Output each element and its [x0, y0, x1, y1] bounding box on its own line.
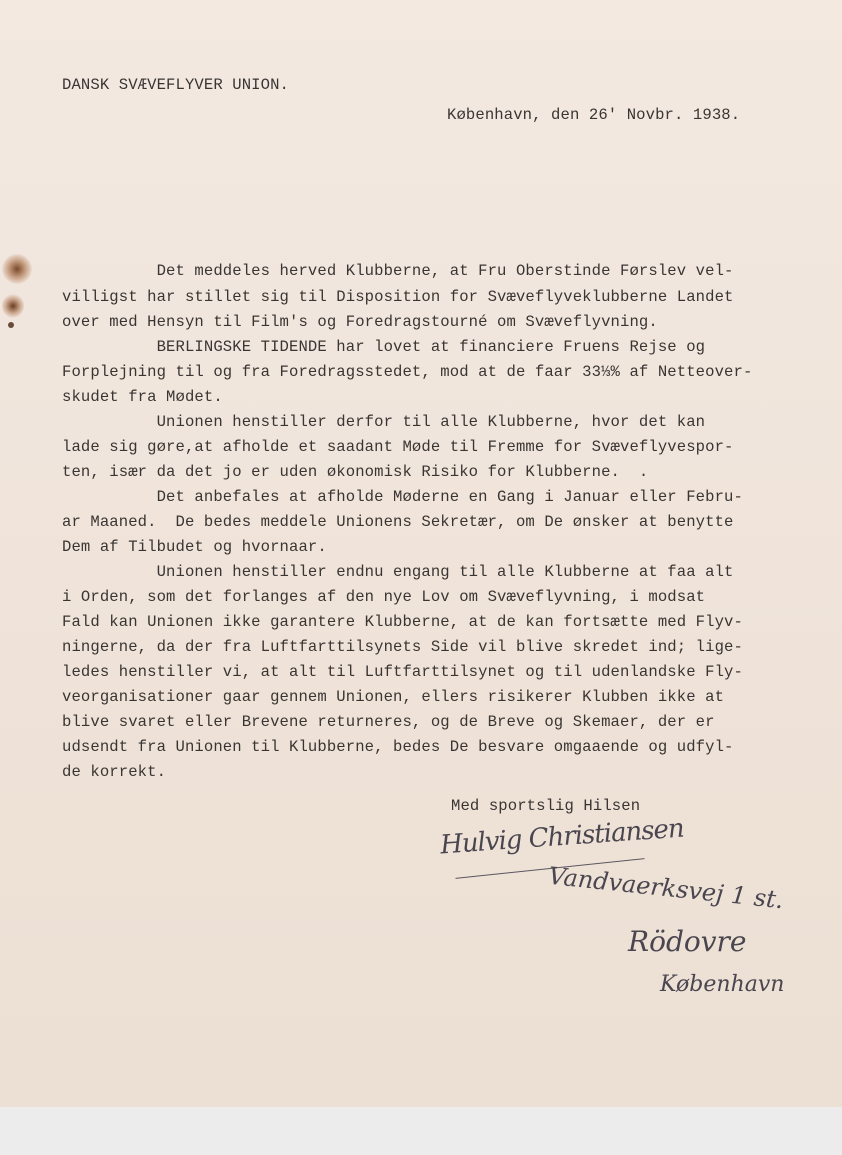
body-line: Fald kan Unionen ikke garantere Klubbern… — [62, 613, 743, 631]
signature-address-town: Rödovre — [628, 925, 747, 958]
sender-heading: DANSK SVÆVEFLYVER UNION. — [62, 76, 289, 94]
rust-stain — [8, 322, 14, 328]
body-line: ledes henstiller vi, at alt til Luftfart… — [62, 663, 743, 681]
body-line: ar Maaned. De bedes meddele Unionens Sek… — [62, 513, 734, 531]
body-line: veorganisationer gaar gennem Unionen, el… — [62, 688, 724, 706]
body-line: i Orden, som det forlanges af den nye Lo… — [62, 588, 705, 606]
body-line: udsendt fra Unionen til Klubberne, bedes… — [62, 738, 734, 756]
body-line: ningerne, da der fra Luftfarttilsynets S… — [62, 638, 743, 656]
place-date: København, den 26' Novbr. 1938. — [447, 106, 740, 124]
body-line: ten, især da det jo er uden økonomisk Ri… — [62, 463, 648, 481]
signature-address-city: København — [660, 972, 784, 997]
body-line: lade sig gøre,at afholde et saadant Møde… — [62, 438, 734, 456]
signature-address-street: Vandvaerksvej 1 st. — [547, 862, 785, 915]
rust-stain — [2, 254, 32, 284]
body-line: Dem af Tilbudet og hvornaar. — [62, 538, 327, 556]
closing-salutation: Med sportslig Hilsen — [451, 797, 640, 815]
body-line: Det meddeles herved Klubberne, at Fru Ob… — [62, 262, 734, 280]
body-line: Unionen henstiller endnu engang til alle… — [62, 563, 734, 581]
body-line: Forplejning til og fra Foredragsstedet, … — [62, 363, 752, 381]
signature-name: Hulvig Christiansen — [439, 814, 684, 861]
rust-stain — [2, 294, 24, 318]
body-line: Det anbefales at afholde Møderne en Gang… — [62, 488, 743, 506]
body-line: blive svaret eller Brevene returneres, o… — [62, 713, 715, 731]
body-line: villigst har stillet sig til Disposition… — [62, 288, 734, 306]
body-line: Unionen henstiller derfor til alle Klubb… — [62, 413, 705, 431]
body-line: over med Hensyn til Film's og Foredragst… — [62, 313, 658, 331]
letter-paper: DANSK SVÆVEFLYVER UNION. København, den … — [0, 0, 842, 1107]
body-line: skudet fra Mødet. — [62, 388, 223, 406]
body-line: de korrekt. — [62, 763, 166, 781]
body-line: BERLINGSKE TIDENDE har lovet at financie… — [62, 338, 705, 356]
